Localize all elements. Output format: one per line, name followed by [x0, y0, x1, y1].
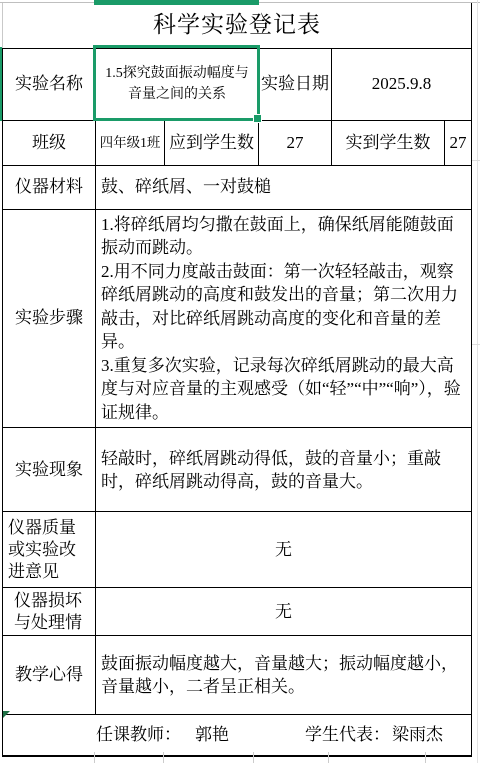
sheet-gridline-right	[477, 0, 478, 763]
quality-label-text: 仪器质量或实验改进意见	[8, 517, 78, 583]
teacher-name: 郭艳	[195, 724, 229, 746]
sheet-gridline-tick	[472, 160, 480, 161]
class-label-cell[interactable]: 班级	[3, 120, 96, 165]
sheet-gridline-tick	[328, 752, 329, 763]
sheet-gridline-tick	[253, 752, 254, 763]
spreadsheet-canvas: 科学实验登记表 实验名称 1.5探究鼓面振动幅度与音量之间的关系 实验日期 20…	[0, 0, 480, 763]
quality-value-cell[interactable]: 无	[96, 512, 472, 588]
actual-students-value-cell[interactable]: 27	[445, 120, 472, 165]
expected-students-label-cell[interactable]: 应到学生数	[165, 120, 259, 165]
reflection-label-cell[interactable]: 教学心得	[3, 636, 96, 715]
damage-label-text: 仪器损坏与处理情	[14, 590, 84, 634]
sheet-gridline-tick	[163, 752, 164, 763]
experiment-date-value-cell[interactable]: 2025.9.8	[332, 48, 472, 120]
actual-students-label-cell[interactable]: 实到学生数	[332, 120, 445, 165]
quality-label-cell[interactable]: 仪器质量或实验改进意见	[3, 512, 96, 588]
phenomenon-value-cell[interactable]: 轻敲时，碎纸屑跳动得低，鼓的音量小；重敲时，碎纸屑跳动得高，鼓的音量大。	[96, 428, 472, 512]
experiment-form-table: 科学实验登记表 实验名称 1.5探究鼓面振动幅度与音量之间的关系 实验日期 20…	[2, 3, 472, 757]
sheet-gridline-tick	[472, 344, 480, 345]
experiment-name-value-cell-selected[interactable]: 1.5探究鼓面振动幅度与音量之间的关系	[96, 48, 259, 120]
materials-value-cell[interactable]: 鼓、碎纸屑、一对鼓槌	[96, 165, 472, 209]
reflection-value-cell[interactable]: 鼓面振动幅度越大，音量越大；振动幅度越小，音量越小，二者呈正相关。	[96, 636, 472, 715]
class-value-cell[interactable]: 四年级1班	[96, 120, 165, 165]
signature-line: 任课教师： 郭艳 学生代表： 梁雨杰	[3, 724, 471, 746]
signature-row-cell[interactable]: 任课教师： 郭艳 学生代表： 梁雨杰	[3, 715, 472, 756]
damage-value-cell[interactable]: 无	[96, 588, 472, 636]
damage-label-cell[interactable]: 仪器损坏与处理情	[3, 588, 96, 636]
expected-students-value-cell[interactable]: 27	[259, 120, 332, 165]
teacher-label: 任课教师：	[96, 724, 181, 746]
steps-value-cell[interactable]: 1.将碎纸屑均匀撒在鼓面上，确保纸屑能随鼓面振动而跳动。 2.用不同力度敲击鼓面…	[96, 209, 472, 428]
sheet-gridline-tick	[94, 752, 95, 763]
sheet-gridline-tick	[425, 752, 426, 763]
experiment-name-label-cell[interactable]: 实验名称	[3, 48, 96, 120]
form-title-cell[interactable]: 科学实验登记表	[3, 3, 472, 48]
student-rep-name: 梁雨杰	[392, 724, 443, 746]
materials-label-cell[interactable]: 仪器材料	[3, 165, 96, 209]
student-rep-label: 学生代表：	[305, 724, 390, 746]
phenomenon-label-cell[interactable]: 实验现象	[3, 428, 96, 512]
steps-label-cell[interactable]: 实验步骤	[3, 209, 96, 428]
cell-error-indicator-icon[interactable]	[3, 711, 10, 718]
fill-handle[interactable]	[253, 114, 262, 123]
experiment-date-label-cell[interactable]: 实验日期	[259, 48, 332, 120]
